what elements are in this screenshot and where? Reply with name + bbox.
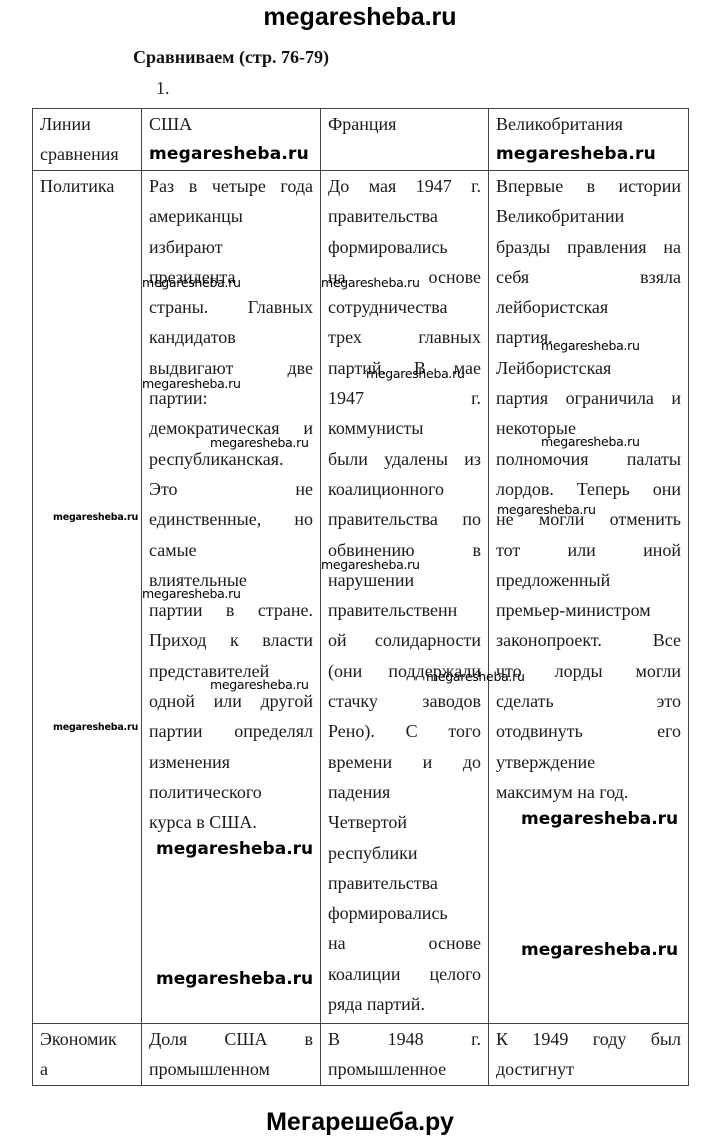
cell-text-line: а bbox=[40, 1054, 134, 1084]
header-cell-usa: США megaresheba.ru bbox=[142, 109, 321, 171]
cell-text-line: максимум на год. bbox=[496, 777, 681, 807]
cell-economy-usa: Доля США впромышленном bbox=[142, 1024, 321, 1086]
cell-text-line: правительственн bbox=[328, 595, 481, 625]
watermark: megaresheba.ru bbox=[497, 503, 596, 516]
comparison-table: Линии сравнения США megaresheba.ru Франц… bbox=[32, 108, 689, 1086]
watermark: megaresheba.ru bbox=[541, 435, 640, 448]
watermark: megaresheba.ru bbox=[53, 713, 138, 743]
cell-text-line: формировались bbox=[328, 232, 481, 262]
cell-text-line: Впервые в истории bbox=[496, 171, 681, 201]
row-label-economy: Экономика bbox=[33, 1024, 142, 1086]
watermark: megaresheba.ru bbox=[321, 276, 420, 289]
site-footer-watermark: Мегарешеба.ру bbox=[0, 1108, 720, 1137]
header-line: Линии bbox=[40, 109, 134, 139]
watermark: megaresheba.ru bbox=[521, 935, 678, 965]
watermark: megaresheba.ru bbox=[321, 558, 420, 571]
cell-text-line: единственные, но bbox=[149, 504, 313, 534]
cell-text-line: правительства bbox=[328, 201, 481, 231]
cell-text-line: падения bbox=[328, 777, 481, 807]
cell-text-line: на основе bbox=[328, 928, 481, 958]
cell-text-line: предложенный bbox=[496, 565, 681, 595]
cell-text-line: стачку заводов bbox=[328, 686, 481, 716]
watermark: megaresheba.ru bbox=[156, 964, 313, 994]
cell-text-line: утверждение bbox=[496, 747, 681, 777]
watermark: megaresheba.ru bbox=[366, 367, 465, 380]
header-line: сравнения bbox=[40, 139, 134, 169]
cell-text-line: Доля США в bbox=[149, 1024, 313, 1054]
watermark: megaresheba.ru bbox=[156, 834, 313, 864]
cell-text-line: сотрудничества bbox=[328, 292, 481, 322]
cell-text-line: были удалены из bbox=[328, 444, 481, 474]
cell-politics-france: До мая 1947 г.правительстваформировались… bbox=[321, 171, 489, 1024]
cell-text-line: законопроект. Все bbox=[496, 625, 681, 655]
table-header-row: Линии сравнения США megaresheba.ru Франц… bbox=[33, 109, 689, 171]
watermark: megaresheba.ru bbox=[496, 139, 681, 169]
cell-text-line: страны. Главных bbox=[149, 292, 313, 322]
cell-text-line: партии определял bbox=[149, 716, 313, 746]
cell-text-line: Экономик bbox=[40, 1024, 134, 1054]
cell-text-line: 1947 г. bbox=[328, 383, 481, 413]
cell-text-line: ряда партий. bbox=[328, 989, 481, 1019]
cell-text-line: К 1949 году был bbox=[496, 1024, 681, 1054]
cell-economy-uk: К 1949 году былдостигнут bbox=[489, 1024, 689, 1086]
cell-text-line: ой солидарности bbox=[328, 625, 481, 655]
cell-text-line: В 1948 г. bbox=[328, 1024, 481, 1054]
cell-text-line: отодвинуть его bbox=[496, 716, 681, 746]
cell-text-line: Приход к власти bbox=[149, 625, 313, 655]
cell-text-line: курса в США. bbox=[149, 807, 313, 837]
cell-text-line: коалиции целого bbox=[328, 959, 481, 989]
cell-politics-uk: Впервые в историиВеликобританиибразды пр… bbox=[489, 171, 689, 1024]
watermark: megaresheba.ru bbox=[210, 678, 309, 691]
cell-text-line: республики bbox=[328, 838, 481, 868]
cell-economy-france: В 1948 г.промышленное bbox=[321, 1024, 489, 1086]
watermark: megaresheba.ru bbox=[53, 503, 138, 533]
cell-text-line: правительства по bbox=[328, 504, 481, 534]
cell-text-line: достигнут bbox=[496, 1054, 681, 1084]
cell-text-line: Великобритании bbox=[496, 201, 681, 231]
cell-text-line: коалиционного bbox=[328, 474, 481, 504]
cell-text-line: бразды правления на bbox=[496, 232, 681, 262]
cell-text-line: сделать это bbox=[496, 686, 681, 716]
watermark: megaresheba.ru bbox=[142, 377, 241, 390]
cell-text-line: промышленное bbox=[328, 1054, 481, 1084]
header-label: Франция bbox=[328, 109, 481, 139]
row-label-politics: Политика megaresheba.ru megaresheba.ru bbox=[33, 171, 142, 1024]
cell-text-line: правительства bbox=[328, 868, 481, 898]
cell-text-line: Четвертой bbox=[328, 807, 481, 837]
cell-text-line: лейбористская bbox=[496, 292, 681, 322]
cell-text-line: формировались bbox=[328, 898, 481, 928]
cell-text-line: тот или иной bbox=[496, 535, 681, 565]
cell-text-line: изменения bbox=[149, 747, 313, 777]
watermark: megaresheba.ru bbox=[142, 276, 241, 289]
cell-text-line: времени и до bbox=[328, 747, 481, 777]
header-cell-uk: Великобритания megaresheba.ru bbox=[489, 109, 689, 171]
cell-text-line: Это не bbox=[149, 474, 313, 504]
watermark: megaresheba.ru bbox=[149, 139, 313, 169]
row-label: Политика bbox=[40, 171, 134, 201]
cell-text-line: премьер-министром bbox=[496, 595, 681, 625]
header-label: Великобритания bbox=[496, 109, 681, 139]
cell-text-line: партия ограничила и bbox=[496, 383, 681, 413]
watermark: megaresheba.ru bbox=[142, 587, 241, 600]
cell-text-line: избирают bbox=[149, 232, 313, 262]
watermark: megaresheba.ru bbox=[541, 339, 640, 352]
table-row-politics: Политика megaresheba.ru megaresheba.ru Р… bbox=[33, 171, 689, 1024]
site-header-watermark: megaresheba.ru bbox=[0, 0, 720, 34]
cell-text-line: трех главных bbox=[328, 322, 481, 352]
cell-text-line: коммунисты bbox=[328, 413, 481, 443]
cell-text-line: себя взяла bbox=[496, 262, 681, 292]
cell-text-line: американцы bbox=[149, 201, 313, 231]
cell-politics-usa: Раз в четыре годаамериканцыизбираютпрези… bbox=[142, 171, 321, 1024]
task-number: 1. bbox=[156, 78, 170, 99]
header-label: США bbox=[149, 109, 313, 139]
cell-text-line: самые bbox=[149, 535, 313, 565]
cell-text-line: До мая 1947 г. bbox=[328, 171, 481, 201]
cell-text-line: кандидатов bbox=[149, 322, 313, 352]
table-row-economy: Экономика Доля США впромышленном В 1948 … bbox=[33, 1024, 689, 1086]
section-title: Сравниваем (стр. 76-79) bbox=[133, 47, 329, 68]
cell-text-line: что лорды могли bbox=[496, 656, 681, 686]
cell-text-line: лордов. Теперь они bbox=[496, 474, 681, 504]
cell-text-line: Лейбористская bbox=[496, 353, 681, 383]
cell-text-line: промышленном bbox=[149, 1054, 313, 1084]
header-cell-lines: Линии сравнения bbox=[33, 109, 142, 171]
header-cell-france: Франция bbox=[321, 109, 489, 171]
cell-text-line: политического bbox=[149, 777, 313, 807]
cell-text-line: Рено). С того bbox=[328, 716, 481, 746]
watermark: megaresheba.ru bbox=[521, 804, 678, 834]
cell-text-line: Раз в четыре года bbox=[149, 171, 313, 201]
watermark: megaresheba.ru bbox=[210, 436, 309, 449]
